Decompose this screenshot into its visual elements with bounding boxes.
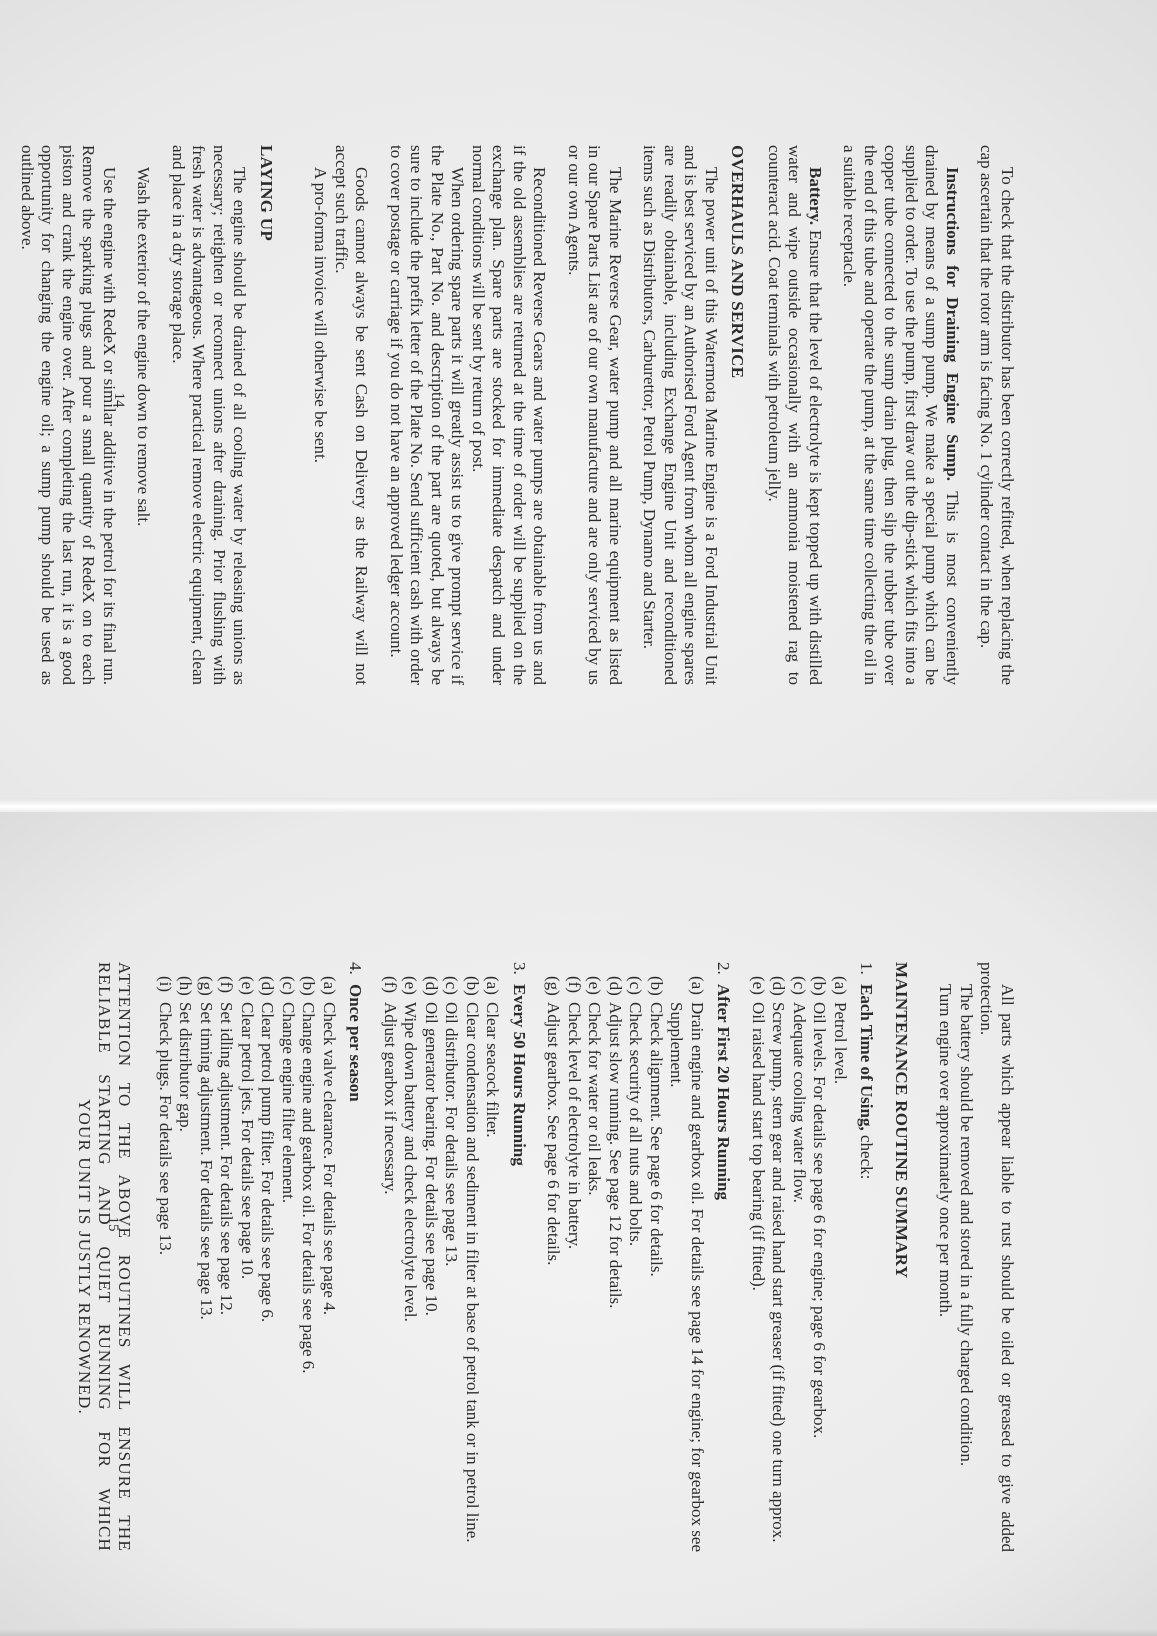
laying-up-paragraph: The engine should be drained of all cool… (168, 145, 250, 685)
list-item: (e)Oil raised hand start top bearing (if… (748, 976, 769, 1552)
paper-edge (0, 1628, 1157, 1636)
section-heading: 3.Every 50 Hours Running (509, 962, 530, 1552)
item-label: (a) (319, 976, 340, 1002)
item-text: Check security of all nuts and bolts. (625, 1002, 646, 1552)
section-number: 2. (713, 962, 734, 984)
item-label: (a) (482, 976, 503, 1002)
item-text: Adjust slow running. See page 12 for det… (605, 1002, 626, 1552)
paragraph-battery: Battery. Ensure that the level of electr… (764, 145, 826, 685)
item-label: (g) (543, 976, 564, 1002)
item-label: (e) (237, 976, 258, 1002)
heading-laying-up: LAYING UP (256, 145, 277, 685)
item-label: (a) (830, 976, 851, 1002)
heading-maintenance-summary: MAINTENANCE ROUTINE SUMMARY (891, 962, 912, 1552)
list-item: (d)Screw pump, stern gear and raised han… (768, 976, 789, 1552)
text-battery: Ensure that the level of electrolyte is … (765, 145, 825, 685)
section-title: Each Time of Using, (858, 984, 877, 1131)
list-item: (b)Clear condensation and sediment in fi… (462, 976, 483, 1552)
section-item-list: (a)Check valve clearance. For details se… (155, 976, 340, 1552)
item-label: (b) (646, 976, 667, 1002)
section-item-list: (a)Drain engine and gearbox oil. For det… (543, 976, 707, 1552)
item-text: Change engine filter element. (278, 1002, 299, 1552)
item-label: (e) (748, 976, 769, 1002)
item-text: Clear petrol pump filter. For details se… (257, 1002, 278, 1552)
item-text: Screw pump, stern gear and raised hand s… (768, 1002, 789, 1552)
item-text: Adjust gearbox. See page 6 for details. (543, 1002, 564, 1552)
item-label: (c) (441, 976, 462, 1002)
item-text: Oil distributor. For details see page 13… (441, 1002, 462, 1552)
overhauls-paragraph: The Marine Reverse Gear, water pump and … (564, 145, 626, 685)
page-15: All parts which appear liable to rust sh… (0, 812, 1157, 1636)
list-item: (f)Check level of electrolyte in battery… (564, 976, 585, 1552)
overhauls-paragraph: Reconditioned Reverse Gears and water pu… (468, 145, 550, 685)
list-item: (b)Change engine and gearbox oil. For de… (298, 976, 319, 1552)
item-text: Change engine and gearbox oil. For detai… (298, 1002, 319, 1552)
list-item: (a)Clear seacock filter. (482, 976, 503, 1552)
item-text: Check plugs. For details see page 13. (155, 1002, 176, 1552)
section-item-list: (a)Petrol level.(b)Oil levels. For detai… (748, 976, 851, 1552)
item-text: Check valve clearance. For details see p… (319, 1002, 340, 1552)
intro-turn-engine: Turn engine over approximately once per … (935, 962, 956, 1552)
page-15-column: All parts which appear liable to rust sh… (75, 962, 1018, 1552)
item-label: (b) (298, 976, 319, 1002)
list-item: (b)Check alignment. See page 6 for detai… (646, 976, 667, 1552)
list-item: (a)Petrol level. (830, 976, 851, 1552)
item-label: (b) (462, 976, 483, 1002)
list-item: (f)Adjust gearbox if necessary. (380, 976, 401, 1552)
list-item: (d)Adjust slow running. See page 12 for … (605, 976, 626, 1552)
section-heading: 4.Once per season (345, 962, 366, 1552)
page-14-column: To check that the distributor has been c… (17, 145, 1018, 685)
list-item: (c)Adequate cooling water flow. (789, 976, 810, 1552)
item-text: Set timing adjustment. For details see p… (196, 1002, 217, 1552)
maintenance-sections: 1.Each Time of Using, check:(a)Petrol le… (155, 962, 877, 1552)
item-text: Oil generator bearing. For details see p… (421, 1002, 442, 1552)
item-label: (h) (175, 976, 196, 1002)
item-text: Adequate cooling water flow. (789, 1002, 810, 1552)
heading-overhauls: OVERHAULS AND SERVICE (727, 145, 748, 685)
lead-draining-sump: Instructions for Draining Engine Sump. (943, 167, 962, 481)
item-text: Check alignment. See page 6 for details. (646, 1002, 667, 1552)
list-item: (c)Oil distributor. For details see page… (441, 976, 462, 1552)
lead-battery: Battery. (806, 167, 825, 225)
section-number: 4. (345, 962, 366, 984)
section-title: Once per season (347, 984, 366, 1102)
intro-rust: All parts which appear liable to rust sh… (976, 962, 1017, 1552)
section-heading: 2.After First 20 Hours Running (713, 962, 734, 1552)
intro-battery: The battery should be removed and stored… (956, 962, 977, 1552)
list-item: (i)Check plugs. For details see page 13. (155, 976, 176, 1552)
item-label: (d) (605, 976, 626, 1002)
item-label: (f) (216, 976, 237, 1002)
item-text: Wipe down battery and check electrolyte … (400, 1002, 421, 1552)
overhauls-paragraph: A pro-forma invoice will otherwise be se… (310, 145, 331, 685)
item-label: (c) (789, 976, 810, 1002)
overhauls-paragraph: The power unit of this Watermota Marine … (639, 145, 721, 685)
laying-up-paragraph: Use the engine with RedeX or similar add… (17, 145, 120, 685)
list-item: (e)Wipe down battery and check electroly… (400, 976, 421, 1552)
item-text: Oil raised hand start top bearing (if fi… (748, 1002, 769, 1552)
page-number-15: 15 (104, 812, 121, 1636)
list-item: (f)Set idling adjustment. For details se… (216, 976, 237, 1552)
list-item: (g)Set timing adjustment. For details se… (196, 976, 217, 1552)
item-text: Check level of electrolyte in battery. (564, 1002, 585, 1552)
laying-up-paragraph: Wash the exterior of the engine down to … (133, 145, 154, 685)
item-label: (f) (380, 976, 401, 1002)
item-label: (d) (768, 976, 789, 1002)
item-label: (a) (666, 976, 707, 1002)
item-label: (i) (155, 976, 176, 1002)
section-number: 1. (856, 962, 877, 984)
item-label: (e) (584, 976, 605, 1002)
overhauls-paragraph: Goods cannot always be sent Cash on Deli… (331, 145, 372, 685)
item-text: Set idling adjustment. For details see p… (216, 1002, 237, 1552)
item-label: (c) (625, 976, 646, 1002)
section-title: Every 50 Hours Running (510, 984, 529, 1166)
list-item: (e)Clear petrol jets. For details see pa… (237, 976, 258, 1552)
list-item: (a)Check valve clearance. For details se… (319, 976, 340, 1552)
page-14: To check that the distributor has been c… (0, 0, 1157, 800)
item-label: (e) (400, 976, 421, 1002)
paragraph-draining-sump: Instructions for Draining Engine Sump. T… (839, 145, 962, 685)
item-label: (c) (278, 976, 299, 1002)
item-text: Clear petrol jets. For details see page … (237, 1002, 258, 1552)
item-text: Drain engine and gearbox oil. For detail… (666, 1002, 707, 1552)
list-item: (c)Change engine filter element. (278, 976, 299, 1552)
list-item: (c)Check security of all nuts and bolts. (625, 976, 646, 1552)
item-text: Set distributor gap. (175, 1002, 196, 1552)
closing-line-3: YOUR UNIT IS JUSTLY RENOWNED. (75, 962, 95, 1552)
item-label: (d) (421, 976, 442, 1002)
item-text: Clear seacock filter. (482, 1002, 503, 1552)
list-item: (g)Adjust gearbox. See page 6 for detail… (543, 976, 564, 1552)
list-item: (d)Oil generator bearing. For details se… (421, 976, 442, 1552)
list-item: (b)Oil levels. For details see page 6 fo… (809, 976, 830, 1552)
item-text: Oil levels. For details see page 6 for e… (809, 1002, 830, 1552)
section-item-list: (a)Clear seacock filter.(b)Clear condens… (380, 976, 503, 1552)
document-spread: To check that the distributor has been c… (0, 0, 1157, 1636)
page-number-14: 14 (110, 0, 127, 800)
item-text: Check for water or oil leaks. (584, 1002, 605, 1552)
list-item: (a)Drain engine and gearbox oil. For det… (666, 976, 707, 1552)
item-text: Adjust gearbox if necessary. (380, 1002, 401, 1552)
item-text: Petrol level. (830, 1002, 851, 1552)
list-item: (h)Set distributor gap. (175, 976, 196, 1552)
section-title: After First 20 Hours Running (715, 984, 734, 1200)
section-title-suffix: check: (858, 1131, 877, 1180)
item-label: (d) (257, 976, 278, 1002)
section-number: 3. (509, 962, 530, 984)
paragraph-distributor: To check that the distributor has been c… (976, 145, 1017, 685)
item-label: (b) (809, 976, 830, 1002)
item-label: (f) (564, 976, 585, 1002)
overhauls-paragraph: When ordering spare parts it will greatl… (386, 145, 468, 685)
list-item: (d)Clear petrol pump filter. For details… (257, 976, 278, 1552)
item-label: (g) (196, 976, 217, 1002)
list-item: (e)Check for water or oil leaks. (584, 976, 605, 1552)
section-heading: 1.Each Time of Using, check: (856, 962, 877, 1552)
item-text: Clear condensation and sediment in filte… (462, 1002, 483, 1552)
